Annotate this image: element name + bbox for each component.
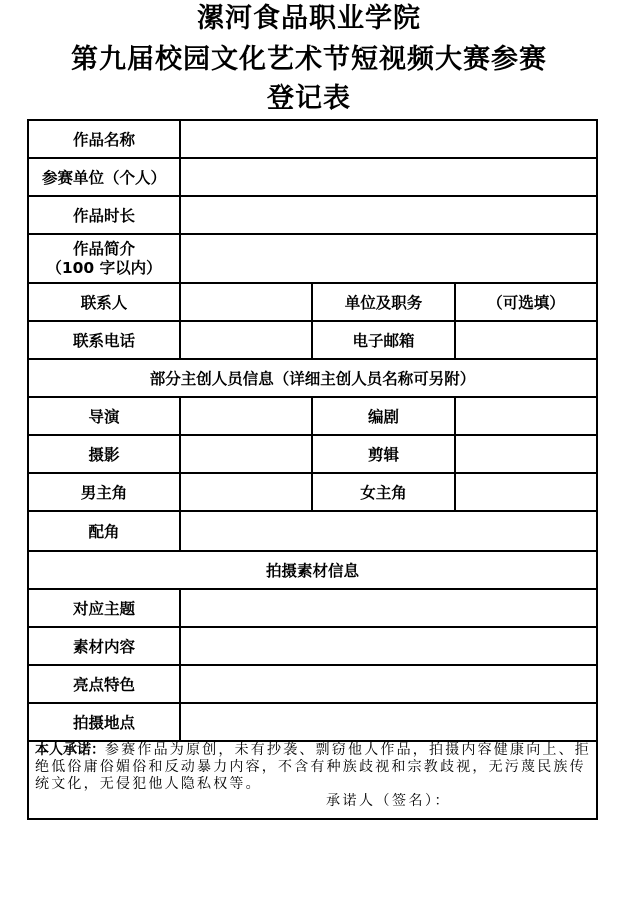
- editor-label: 剪辑: [312, 435, 455, 473]
- lead-actor-label: 男主角: [28, 473, 180, 511]
- entrant-unit-field[interactable]: [180, 158, 597, 196]
- supporting-label: 配角: [28, 511, 180, 551]
- row-contact-phone: 联系电话 电子邮箱: [28, 321, 597, 359]
- unit-position-field[interactable]: （可选填）: [455, 283, 597, 321]
- pledge-text: 参赛作品为原创，未有抄袭、剽窃他人作品，拍摄内容健康向上、拒绝低俗庸俗媚俗和反动…: [35, 742, 591, 792]
- lead-actress-label: 女主角: [312, 473, 455, 511]
- work-name-field[interactable]: [180, 120, 597, 158]
- unit-position-label: 单位及职务: [312, 283, 455, 321]
- content-field[interactable]: [180, 627, 597, 665]
- cinematographer-label: 摄影: [28, 435, 180, 473]
- highlights-label: 亮点特色: [28, 665, 180, 703]
- contact-phone-label: 联系电话: [28, 321, 180, 359]
- theme-label: 对应主题: [28, 589, 180, 627]
- intro-field[interactable]: [180, 234, 597, 283]
- registration-form-table: 作品名称 参赛单位（个人） 作品时长 作品简介 （100 字以内） 联系人 单位…: [27, 119, 598, 820]
- pledge-cell: 本人承诺：参赛作品为原创，未有抄袭、剽窃他人作品，拍摄内容健康向上、拒绝低俗庸俗…: [28, 741, 597, 819]
- contact-phone-field[interactable]: [180, 321, 312, 359]
- screenwriter-field[interactable]: [455, 397, 597, 435]
- intro-label-line1: 作品简介: [29, 240, 179, 259]
- highlights-field[interactable]: [180, 665, 597, 703]
- row-contact-person: 联系人 单位及职务 （可选填）: [28, 283, 597, 321]
- row-intro: 作品简介 （100 字以内）: [28, 234, 597, 283]
- row-duration: 作品时长: [28, 196, 597, 234]
- crew-section-heading: 部分主创人员信息（详细主创人员名称可另附）: [28, 359, 597, 397]
- row-entrant-unit: 参赛单位（个人）: [28, 158, 597, 196]
- director-field[interactable]: [180, 397, 312, 435]
- row-cinematographer: 摄影 剪辑: [28, 435, 597, 473]
- row-material-section: 拍摄素材信息: [28, 551, 597, 589]
- location-label: 拍摄地点: [28, 703, 180, 741]
- row-content: 素材内容: [28, 627, 597, 665]
- row-crew-section: 部分主创人员信息（详细主创人员名称可另附）: [28, 359, 597, 397]
- row-work-name: 作品名称: [28, 120, 597, 158]
- contact-person-field[interactable]: [180, 283, 312, 321]
- row-supporting: 配角: [28, 511, 597, 551]
- location-field[interactable]: [180, 703, 597, 741]
- signature-label[interactable]: 承诺人（签名）：: [35, 793, 592, 810]
- intro-label-line2: （100 字以内）: [29, 259, 179, 278]
- duration-field[interactable]: [180, 196, 597, 234]
- entrant-unit-label: 参赛单位（个人）: [28, 158, 180, 196]
- content-label: 素材内容: [28, 627, 180, 665]
- duration-label: 作品时长: [28, 196, 180, 234]
- row-highlights: 亮点特色: [28, 665, 597, 703]
- editor-field[interactable]: [455, 435, 597, 473]
- director-label: 导演: [28, 397, 180, 435]
- cinematographer-field[interactable]: [180, 435, 312, 473]
- intro-label: 作品简介 （100 字以内）: [28, 234, 180, 283]
- row-director: 导演 编剧: [28, 397, 597, 435]
- lead-actress-field[interactable]: [455, 473, 597, 511]
- theme-field[interactable]: [180, 589, 597, 627]
- pledge-heading: 本人承诺：: [35, 742, 105, 758]
- row-pledge: 本人承诺：参赛作品为原创，未有抄袭、剽窃他人作品，拍摄内容健康向上、拒绝低俗庸俗…: [28, 741, 597, 819]
- supporting-field[interactable]: [180, 511, 597, 551]
- row-location: 拍摄地点: [28, 703, 597, 741]
- row-lead-actors: 男主角 女主角: [28, 473, 597, 511]
- lead-actor-field[interactable]: [180, 473, 312, 511]
- screenwriter-label: 编剧: [312, 397, 455, 435]
- material-section-heading: 拍摄素材信息: [28, 551, 597, 589]
- work-name-label: 作品名称: [28, 120, 180, 158]
- email-field[interactable]: [455, 321, 597, 359]
- institution-title: 漯河食品职业学院: [0, 3, 618, 35]
- row-theme: 对应主题: [28, 589, 597, 627]
- email-label: 电子邮箱: [312, 321, 455, 359]
- form-title: 登记表: [0, 83, 618, 115]
- contact-person-label: 联系人: [28, 283, 180, 321]
- event-title: 第九届校园文化艺术节短视频大赛参赛: [0, 44, 618, 76]
